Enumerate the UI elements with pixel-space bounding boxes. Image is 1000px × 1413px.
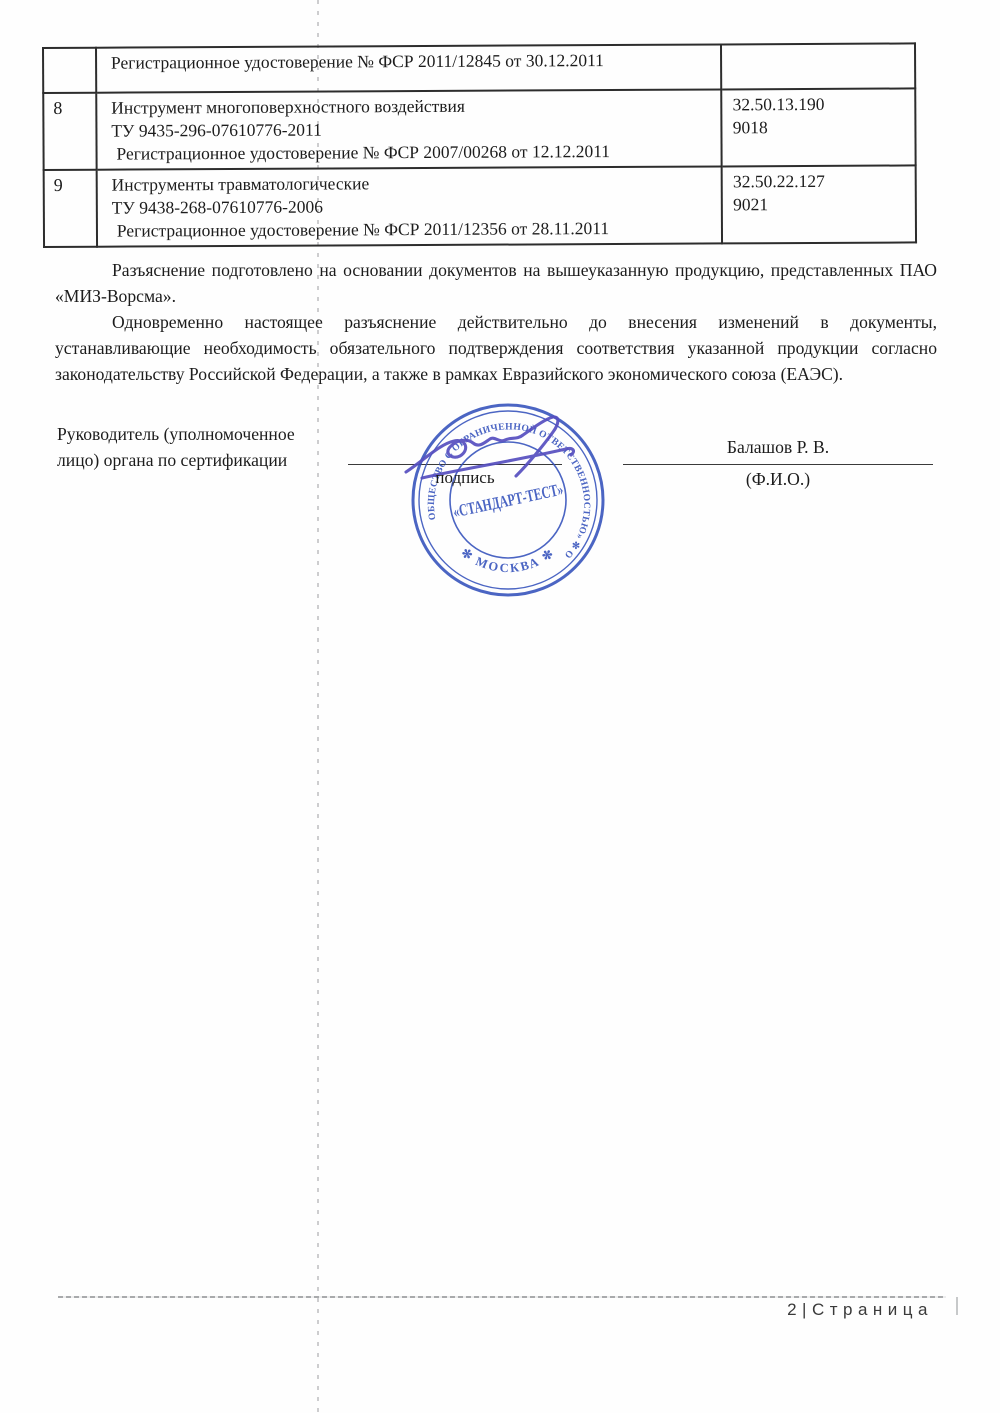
product-code-cell: 32.50.13.190 9018 — [722, 88, 916, 166]
tnved-code: 9021 — [733, 192, 909, 216]
clarification-paragraph-1: Разъяснение подготовлено на основании до… — [55, 257, 937, 309]
clarification-text-block: Разъяснение подготовлено на основании до… — [55, 257, 937, 387]
page-number-footer: 2|Страница — [600, 1300, 933, 1320]
name-line — [623, 464, 933, 465]
product-code-cell: 32.50.22.127 9021 — [722, 165, 916, 243]
registration-certificate-line: Регистрационное удостоверение № ФСР 2011… — [112, 216, 716, 242]
tnved-code: 9018 — [733, 115, 909, 139]
product-name-line: Инструмент многоповерхностного воздейств… — [111, 93, 715, 119]
row-number-cell: 9 — [44, 170, 97, 247]
product-description-cell: Инструмент многоповерхностного воздейств… — [96, 89, 722, 169]
okpd-code: 32.50.22.127 — [733, 169, 909, 193]
tu-number-line: ТУ 9435-296-07610776-2011 — [111, 116, 715, 142]
scanned-document-page: Регистрационное удостоверение № ФСР 2011… — [0, 0, 1000, 1413]
table-row-8: 8 Инструмент многоповерхностного воздейс… — [43, 88, 915, 170]
tu-number-line: ТУ 9438-268-07610776-2006 — [112, 193, 716, 219]
okpd-code: 32.50.13.190 — [733, 92, 909, 116]
name-caption: (Ф.И.О.) — [623, 469, 933, 490]
table-row-continuation: Регистрационное удостоверение № ФСР 2011… — [43, 43, 915, 93]
table-row-9: 9 Инструменты травматологические ТУ 9438… — [44, 165, 916, 247]
product-description-cell: Регистрационное удостоверение № ФСР 2011… — [96, 44, 722, 92]
footer-dotted-rule — [58, 1296, 946, 1298]
signer-role-label: Руководитель (уполномоченное лицо) орган… — [57, 421, 322, 473]
signature-caption: подпись — [420, 468, 510, 488]
stamp-city-text: ✻ МОСКВА ✻ — [458, 545, 557, 575]
signer-name: Балашов Р. В. — [623, 437, 933, 458]
svg-text:✻ МОСКВА ✻: ✻ МОСКВА ✻ — [458, 545, 557, 575]
registration-certificate-line: Регистрационное удостоверение № ФСР 2011… — [111, 48, 715, 74]
product-code-cell — [721, 43, 915, 89]
row-number-cell — [43, 48, 96, 93]
product-description-cell: Инструменты травматологические ТУ 9438-2… — [97, 166, 723, 246]
product-registration-table: Регистрационное удостоверение № ФСР 2011… — [42, 42, 917, 248]
registration-certificate-line: Регистрационное удостоверение № ФСР 2007… — [111, 139, 715, 165]
scan-edge-artifact — [956, 1297, 958, 1315]
clarification-paragraph-2: Одновременно настоящее разъяснение дейст… — [55, 309, 937, 387]
row-number-cell: 8 — [43, 93, 96, 170]
product-name-line: Инструменты травматологические — [112, 170, 716, 196]
